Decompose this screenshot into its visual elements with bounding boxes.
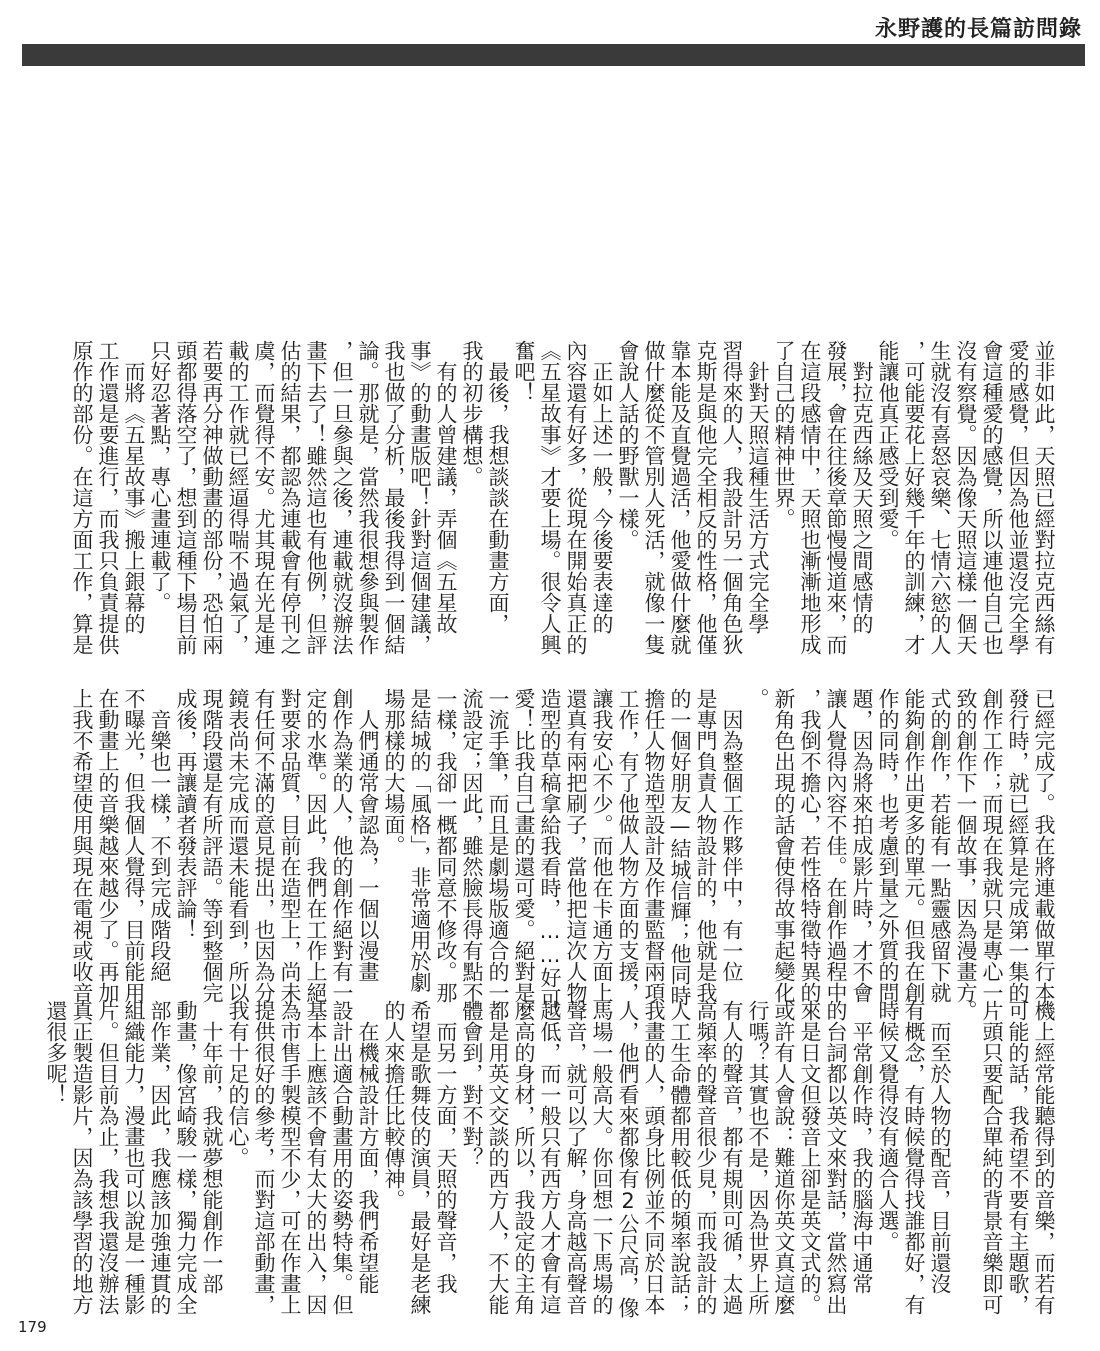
text-column: 並非如此，天照已經對拉克西絲有 [1029,340,1055,655]
text-column: 成後，再讓讀者發表評論！ [171,688,197,1009]
text-column: 來是日文但發音上卻是英文式的。 [795,1000,821,1318]
text-column: 工作，有了他做人物方面的支援， [613,688,639,1009]
text-column: 能夠創作出更多的單元。但我在創 [899,688,925,1009]
text-column: 人們通常會認為，一個以漫畫 [353,688,379,1009]
text-band-middle: 已經完成了。我在將連載做單行本發行時，就已經算是完成第一集的創作工作；而現在我就… [67,688,1055,1009]
text-column: 機上經常能聽得到的音樂，而若有 [1029,1000,1055,1318]
text-column: 聲音，就可以了解，身高越高聲音 [561,1000,587,1318]
text-column: 是結城的「風格」，非常適用於劇 [405,688,431,1009]
text-column: 在這段感情中，天照也漸漸地形成 [795,340,821,655]
text-column: 一樣，我卻一概都同意不修改。那 [431,688,457,1009]
text-column: 片。但目前為止，我想我還沒辦法 [93,1000,119,1318]
text-column: 我也做了分析，最後我得到一個結 [379,340,405,655]
text-column: 論。那就是，當然我很想參與製作 [353,340,379,655]
text-column: 會說人話的野獸一樣。 [613,340,639,655]
text-column: 高頻率的聲音很少見，而我設計的 [691,1000,717,1318]
text-column: 生就沒有喜怒哀樂、七情六慾的人 [925,340,951,655]
text-column: 靠本能及直覺過活，他愛做什麼就 [665,340,691,655]
header-bar [22,44,1085,66]
text-column: ，我倒不擔心，若性格特徵特異的 [795,688,821,1009]
text-column: 頭都得落空了，想到這種下場目前 [171,340,197,655]
text-column: 時候又覺得沒有適合人選。 [873,1000,899,1318]
text-column: 已經完成了。我在將連載做單行本 [1029,688,1055,1009]
text-column: 作的同時，也考慮到量之外質的問 [873,688,899,1009]
text-column: 為市售手製模型不少，可在作畫上 [275,1000,301,1318]
text-column: 真正製造影片，因為該學習的地方 [67,1000,93,1318]
text-column: ，可能要花上好幾千年的訓練，才 [899,340,925,655]
text-column: 內容還有好多，從現在開始真正的 [561,340,587,655]
text-column: 能讓他真正感受到愛。 [873,340,899,655]
text-column: 還真有兩把刷子，當他把這次人物 [561,688,587,1009]
text-column: 致的創作下一個故事，因為漫畫方 [951,688,977,1009]
text-column: 體會到，對不對？ [457,1000,483,1318]
text-column: 新角色出現的話會使得故事起變化 [769,688,795,1009]
text-column: 而將《五星故事》搬上銀幕的 [119,340,145,655]
text-column: 習得來的人，我設計另一個角色狄 [717,340,743,655]
text-column: 十年前，我就夢想能創作一部 [197,1000,223,1318]
text-band-bottom: 機上經常能聽得到的音樂，而若有可能的話，我希望不要有主題歌，片頭只要配合單純的背… [41,1000,1055,1318]
text-column: 沒有察覺。因為像天照這樣一個天 [951,340,977,655]
text-column: 鏡表尚未完成而還未能看到，所以 [223,688,249,1009]
text-column: 正如上述一般，今後要表達的 [587,340,613,655]
text-column: 的人來擔任比較傳神。 [379,1000,405,1318]
text-column: 載的工作就已經逼得喘不過氣了， [223,340,249,655]
text-column: 馬場一般高大。你回想一下馬場的 [587,1000,613,1318]
text-column: 若要再分神做動畫的部份，恐怕兩 [197,340,223,655]
text-column: 提供很好的參考，而對這部動畫， [249,1000,275,1318]
text-column: 有的人曾建議，弄個《五星故 [431,340,457,655]
text-column: 流設定；因此，雖然臉長得有點不 [457,688,483,1009]
page-number: 179 [18,1318,47,1336]
text-column: 而另一方面，天照的聲音，我 [431,1000,457,1318]
text-column: 畫下去了！雖然這也有他例，但評 [301,340,327,655]
text-column: 部作業，因此，我應該加強連貫的 [145,1000,171,1318]
text-column: 。 [951,1000,977,1318]
text-column: 對要求品質，目前在造型上，尚未 [275,688,301,1009]
text-column: 定的水準。因此，我們在工作上絕 [301,688,327,1009]
text-column: 工作還是要進行，而我只負責提供 [93,340,119,655]
text-column: 上我不希望使用與現在電視或收音 [67,688,93,1009]
text-column: 創作為業的人，他的創作絕對有一 [327,688,353,1009]
text-column: 會這種愛的感覺，所以連他自己也 [977,340,1003,655]
text-column: 讓人覺得內容不佳。在創作過程中 [821,688,847,1009]
page-header-title: 永野護的長篇訪問錄 [875,12,1082,43]
text-column: 人，他們看來都像有2公尺高，像 [613,1000,639,1318]
text-column: 在動畫上的音樂越來越少了。再加 [93,688,119,1009]
text-column: 可能的話，我希望不要有主題歌， [1003,1000,1029,1318]
text-column: 是專門負責人物設計的，他就是我 [691,688,717,1009]
text-column: 造型的草稿拿給我看時，……好可 [535,688,561,1009]
text-column: 動畫，像宮崎駿一樣，獨力完成全 [171,1000,197,1318]
text-column: 有概念，有時候覺得找誰都好，有 [899,1000,925,1318]
text-column: 讓我安心不少。而他在卡通方面上 [587,688,613,1009]
text-column: 不曝光，但我個人覺得，目前能用 [119,688,145,1009]
text-column: 做什麼從不管別人死活，就像一隻 [639,340,665,655]
text-column: 基本上應該不會有太大的出入，因 [301,1000,327,1318]
text-column: 在機械設計方面，我們希望能 [353,1000,379,1318]
text-column: 了自己的精神世界。 [769,340,795,655]
text-column: 最後，我想談談在動畫方面， [483,340,509,655]
text-column: ，但一旦參與之後，連載就沒辦法 [327,340,353,655]
text-column: 我有十足的信心。 [223,1000,249,1318]
text-column: 愛的感覺，但因為他並還沒完全學 [1003,340,1029,655]
text-column: 發行時，就已經算是完成第一集的 [1003,688,1029,1009]
text-column: 《五星故事》才要上場。很令人興 [535,340,561,655]
text-column: 估的結果，都認為連載會有停刊之 [275,340,301,655]
text-column: 式的創作，若能有一點靈感留下就 [925,688,951,1009]
text-column: 有任何不滿的意見提出，也因為分 [249,688,275,1009]
text-column: 只好忍著點，專心畫連載了。 [145,340,171,655]
text-column: 發展，會在往後章節慢慢道來，而 [821,340,847,655]
text-column: 越低，而一般只有西方人才會有這 [535,1000,561,1318]
text-column: 對拉克西絲及天照之間感情的 [847,340,873,655]
text-column: 片頭只要配合單純的背景音樂即可 [977,1000,1003,1318]
text-column: 行嗎？其實也不是，因為世界上所 [743,1000,769,1318]
text-column: 都是用英文交談的西方人，不大能 [483,1000,509,1318]
text-column: 我畫的人，頭身比例並不同於日本 [639,1000,665,1318]
text-column: 平常創作時，我的腦海中通常 [847,1000,873,1318]
text-column: 事》的動畫版吧！針對這個建議， [405,340,431,655]
text-column: 。 [743,688,769,1009]
text-band-top: 並非如此，天照已經對拉克西絲有愛的感覺，但因為他並還沒完全學會這種愛的感覺，所以… [67,340,1055,655]
text-column: 因為整個工作夥伴中，有一位 [717,688,743,1009]
text-column: 創作工作；而現在我就只是專心一 [977,688,1003,1009]
text-column: 還很多呢！ [41,1000,67,1318]
text-column: 針對天照這種生活方式完全學 [743,340,769,655]
text-column: 克斯是與他完全相反的性格，他僅 [691,340,717,655]
text-column: 場那樣的大場面。 [379,688,405,1009]
text-column: 希望是歌舞伎的演員，最好是老練 [405,1000,431,1318]
text-column: 一流手筆，而且是劇場版適合的一 [483,688,509,1009]
text-column: 奮吧！ [509,340,535,655]
text-column: 原作的部份。在這方面工作，算是 [67,340,93,655]
text-column: 音樂也一樣，不到完成階段絕 [145,688,171,1009]
text-column: 有人的聲音，都有規則可循，太過 [717,1000,743,1318]
text-column: 虞，而覺得不安。尤其現在光是連 [249,340,275,655]
text-column: 設計出適合動畫用的姿勢特集。但 [327,1000,353,1318]
text-column: 的一個好朋友—結城信輝；他同時 [665,688,691,1009]
text-column: 擔任人物造型設計及作畫監督兩項 [639,688,665,1009]
text-column: 題，因為將來拍成影片時，才不會 [847,688,873,1009]
text-column: 組織能力，漫畫也可以說是一種影 [119,1000,145,1318]
text-column: 而至於人物的配音，目前還沒 [925,1000,951,1318]
text-column: 麼高的身材，所以，我設定的主角 [509,1000,535,1318]
text-column: 愛！比我自己畫的還可愛。絕對是 [509,688,535,1009]
text-column: 現階段還是有所評語。等到整個完 [197,688,223,1009]
text-column: 或許有人會說：難道你英文真這麼 [769,1000,795,1318]
text-column: 人工生命體都用較低的頻率說話； [665,1000,691,1318]
text-column: 我的初步構想。 [457,340,483,655]
text-column: 的台詞都以英文來對話，當然寫出 [821,1000,847,1318]
